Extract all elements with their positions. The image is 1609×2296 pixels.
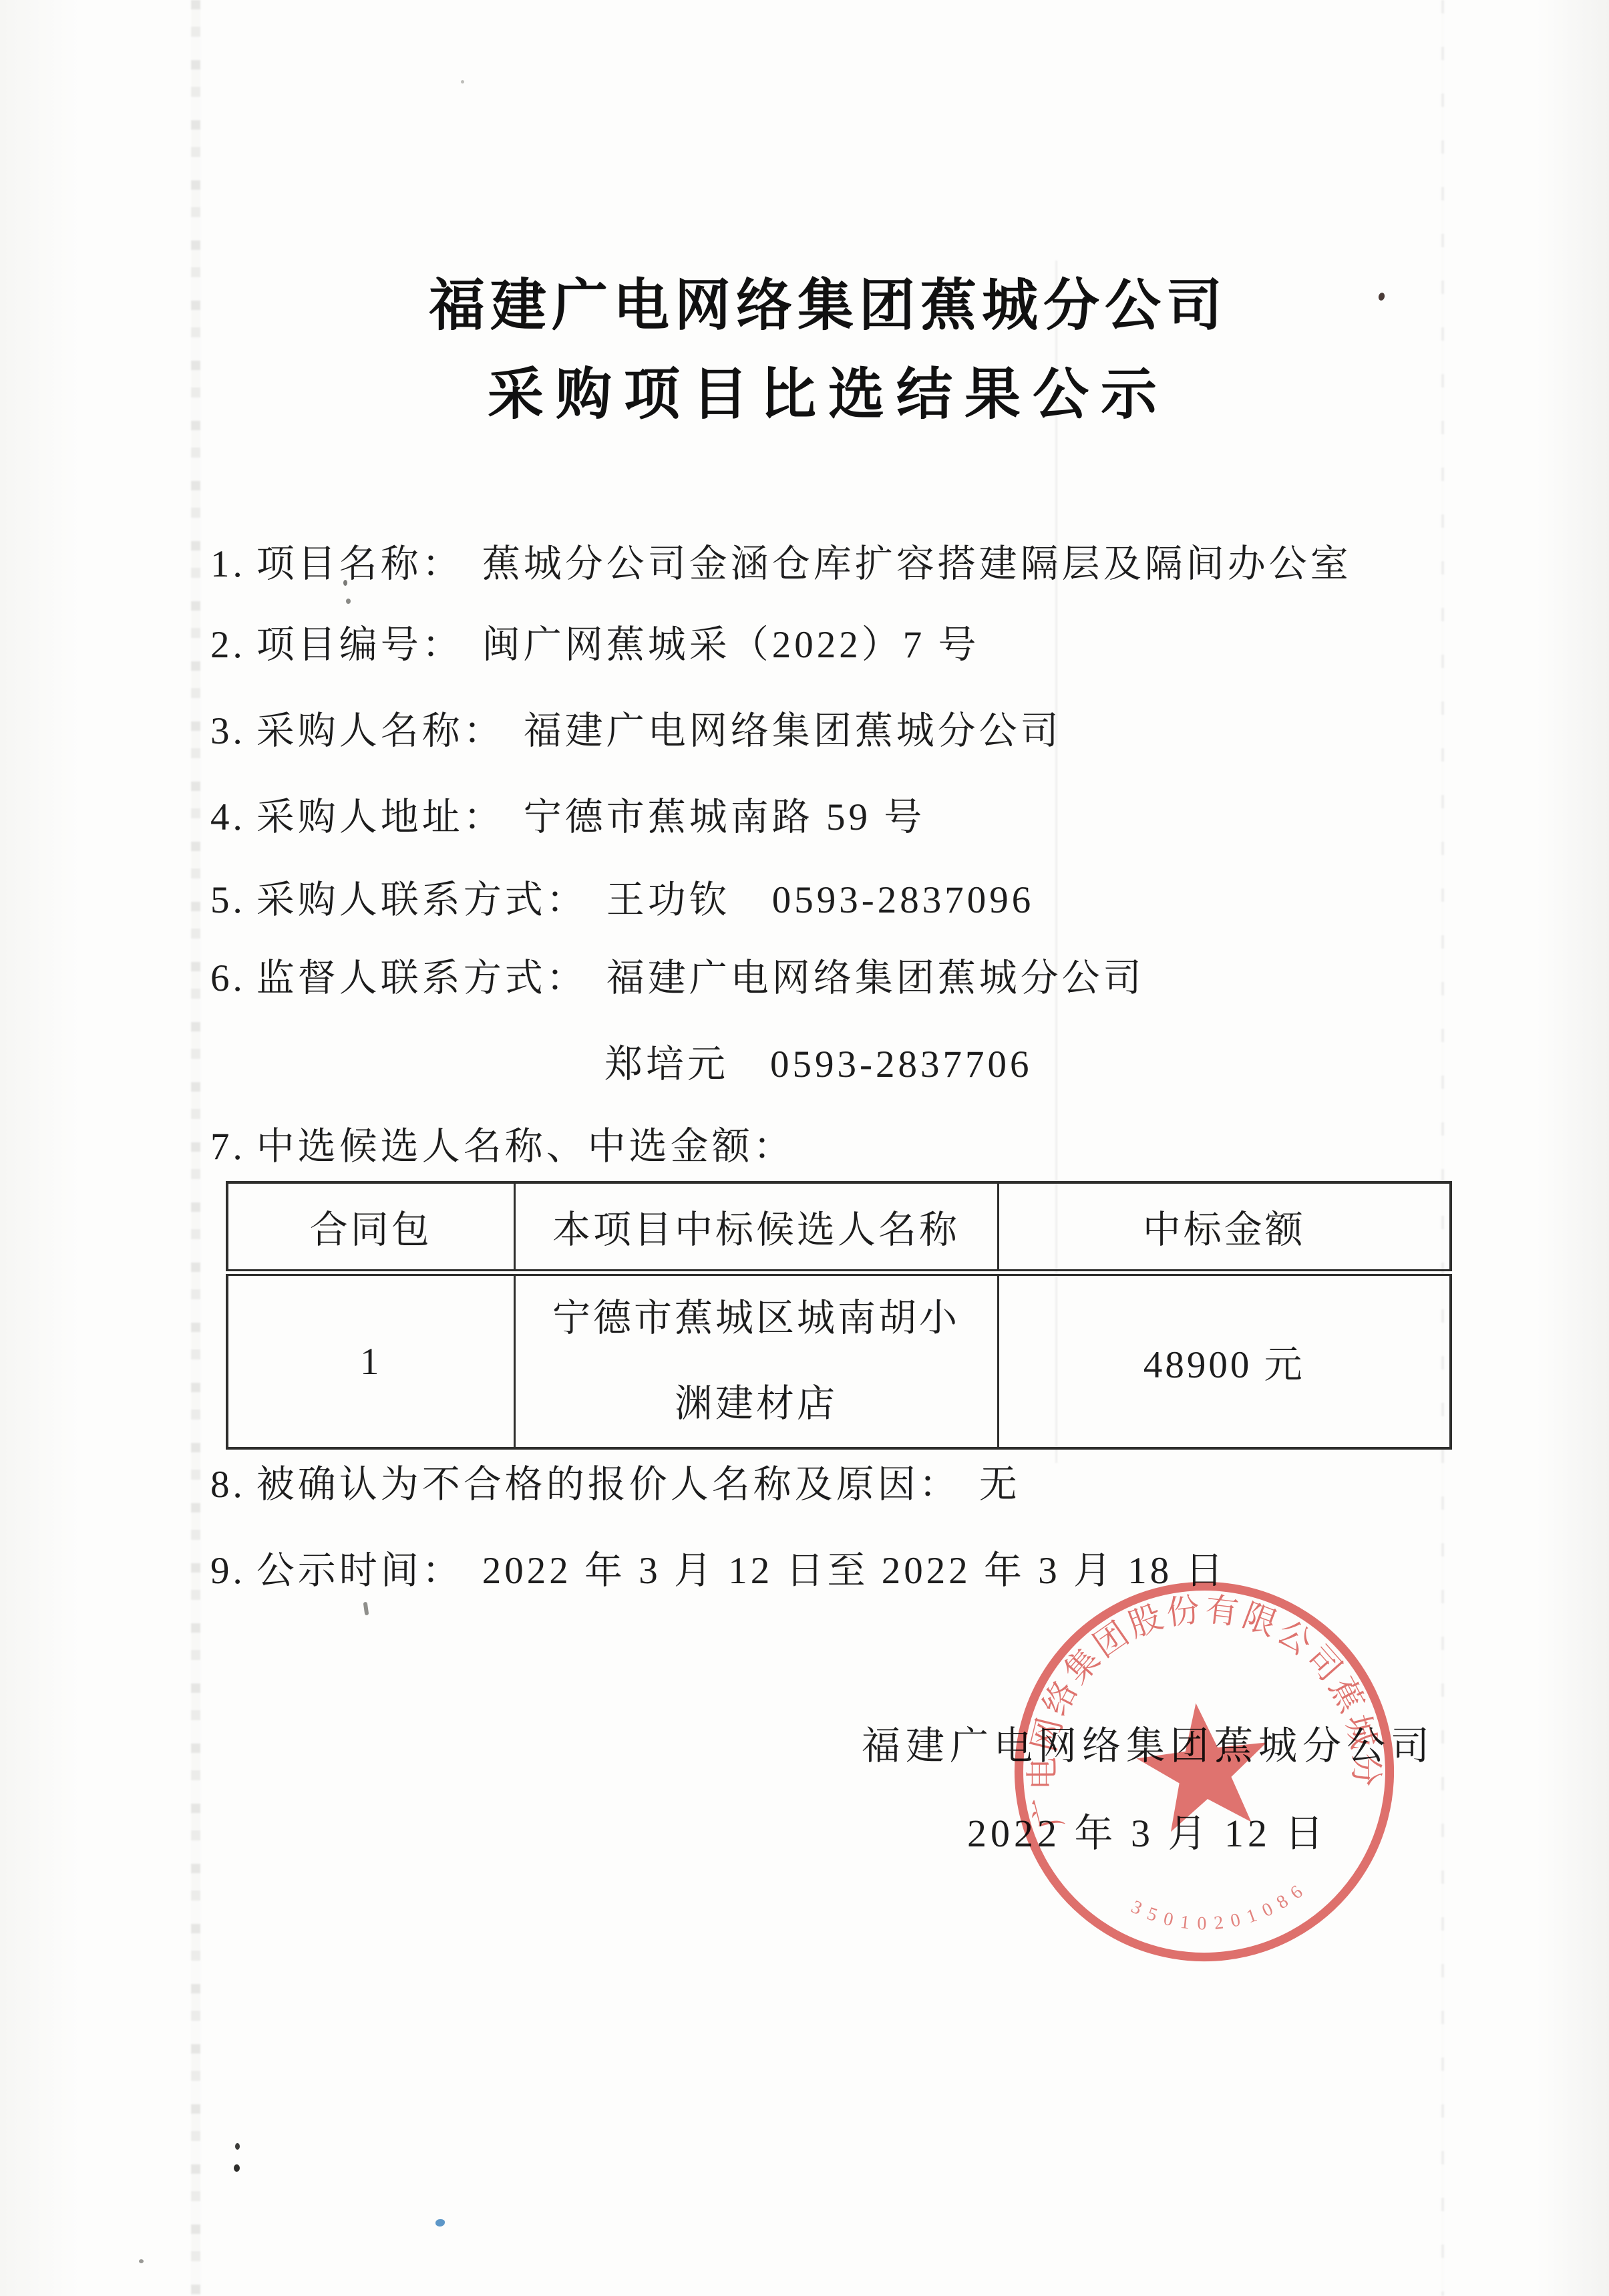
table-header-candidate: 本项目中标候选人名称 — [514, 1182, 998, 1273]
item-label: 采购人名称： — [256, 710, 505, 752]
official-stamp: 福建广电网络集团股份有限公司蕉城分公司 35010201086 — [964, 1546, 1444, 1997]
list-item-3: 3.采购人名称：福建广电网络集团蕉城分公司 — [210, 706, 1479, 757]
scan-speck — [139, 2259, 144, 2263]
item-value: 福建广电网络集团蕉城分公司 — [524, 710, 1062, 752]
item-number: 4. — [210, 796, 246, 838]
table-header-row: 合同包 本项目中标候选人名称 中标金额 — [227, 1182, 1451, 1273]
scan-speck — [346, 599, 351, 604]
candidate-name-line: 宁德市蕉城区城南胡小 — [516, 1276, 997, 1361]
item-value: 无 — [979, 1464, 1021, 1506]
results-table: 合同包 本项目中标候选人名称 中标金额 1 宁德市蕉城区城南胡小 渊建材店 48… — [226, 1181, 1452, 1450]
list-item-5: 5.采购人联系方式：王功钦 0593-2837096 — [210, 875, 1479, 926]
item-value: 福建广电网络集团蕉城分公司 — [606, 957, 1145, 999]
item-label: 项目编号： — [256, 624, 464, 666]
item-value: 蕉城分公司金涵仓库扩容搭建隔层及隔间办公室 — [482, 543, 1352, 585]
stamp-star — [1131, 1695, 1276, 1835]
table-header-package: 合同包 — [227, 1182, 514, 1273]
document-title: 福建广电网络集团蕉城分公司 采购项目比选结果公示 — [40, 262, 1609, 440]
scan-speck — [461, 80, 464, 84]
item-label: 监督人联系方式： — [256, 957, 588, 999]
item-number: 7. — [210, 1126, 246, 1168]
scan-speck — [363, 1602, 369, 1616]
scan-speck — [234, 2164, 240, 2172]
item-label: 采购人联系方式： — [256, 879, 588, 921]
title-line-2: 采购项目比选结果公示 — [40, 351, 1609, 440]
list-item-6-continuation: 郑培元 0593-2837706 — [604, 1039, 1609, 1090]
item-number: 3. — [210, 710, 246, 752]
list-item-4: 4.采购人地址：宁德市蕉城南路 59 号 — [210, 792, 1479, 843]
item-number: 5. — [210, 879, 246, 921]
list-item-7: 7.中选候选人名称、中选金额： — [210, 1122, 1479, 1172]
item-value-continuation: 郑培元 0593-2837706 — [604, 1043, 1032, 1086]
list-item-8: 8.被确认为不合格的报价人名称及原因：无 — [210, 1460, 1479, 1510]
list-item-1: 1.项目名称：蕉城分公司金涵仓库扩容搭建隔层及隔间办公室 — [210, 539, 1479, 590]
item-number: 8. — [210, 1464, 246, 1506]
item-label: 中选候选人名称、中选金额： — [256, 1126, 795, 1168]
table-row: 1 宁德市蕉城区城南胡小 渊建材店 48900 元 — [227, 1273, 1451, 1448]
item-label: 被确认为不合格的报价人名称及原因： — [256, 1464, 960, 1506]
table-header-amount: 中标金额 — [998, 1182, 1451, 1273]
candidate-name-line: 渊建材店 — [516, 1361, 997, 1447]
table-cell-candidate: 宁德市蕉城区城南胡小 渊建材店 — [514, 1273, 998, 1448]
scan-speck-blue — [435, 2219, 445, 2227]
table-cell-amount: 48900 元 — [998, 1273, 1451, 1448]
title-line-1: 福建广电网络集团蕉城分公司 — [40, 262, 1609, 351]
list-item-2: 2.项目编号：闽广网蕉城采（2022）7 号 — [210, 620, 1479, 671]
item-label: 项目名称： — [256, 543, 464, 585]
item-value: 宁德市蕉城南路 59 号 — [524, 796, 926, 838]
item-number: 1. — [210, 543, 246, 585]
item-value: 闽广网蕉城采（2022）7 号 — [482, 624, 980, 666]
item-label: 采购人地址： — [256, 796, 505, 838]
scan-speck — [235, 2143, 240, 2150]
item-number: 9. — [210, 1550, 246, 1592]
item-label: 公示时间： — [256, 1550, 464, 1592]
item-value: 王功钦 0593-2837096 — [606, 879, 1034, 921]
item-number: 2. — [210, 624, 246, 666]
item-number: 6. — [210, 957, 246, 999]
table-cell-package: 1 — [227, 1273, 514, 1448]
list-item-6: 6.监督人联系方式：福建广电网络集团蕉城分公司 — [210, 953, 1479, 1004]
document-page: 福建广电网络集团蕉城分公司 采购项目比选结果公示 1.项目名称：蕉城分公司金涵仓… — [0, 0, 1609, 2296]
